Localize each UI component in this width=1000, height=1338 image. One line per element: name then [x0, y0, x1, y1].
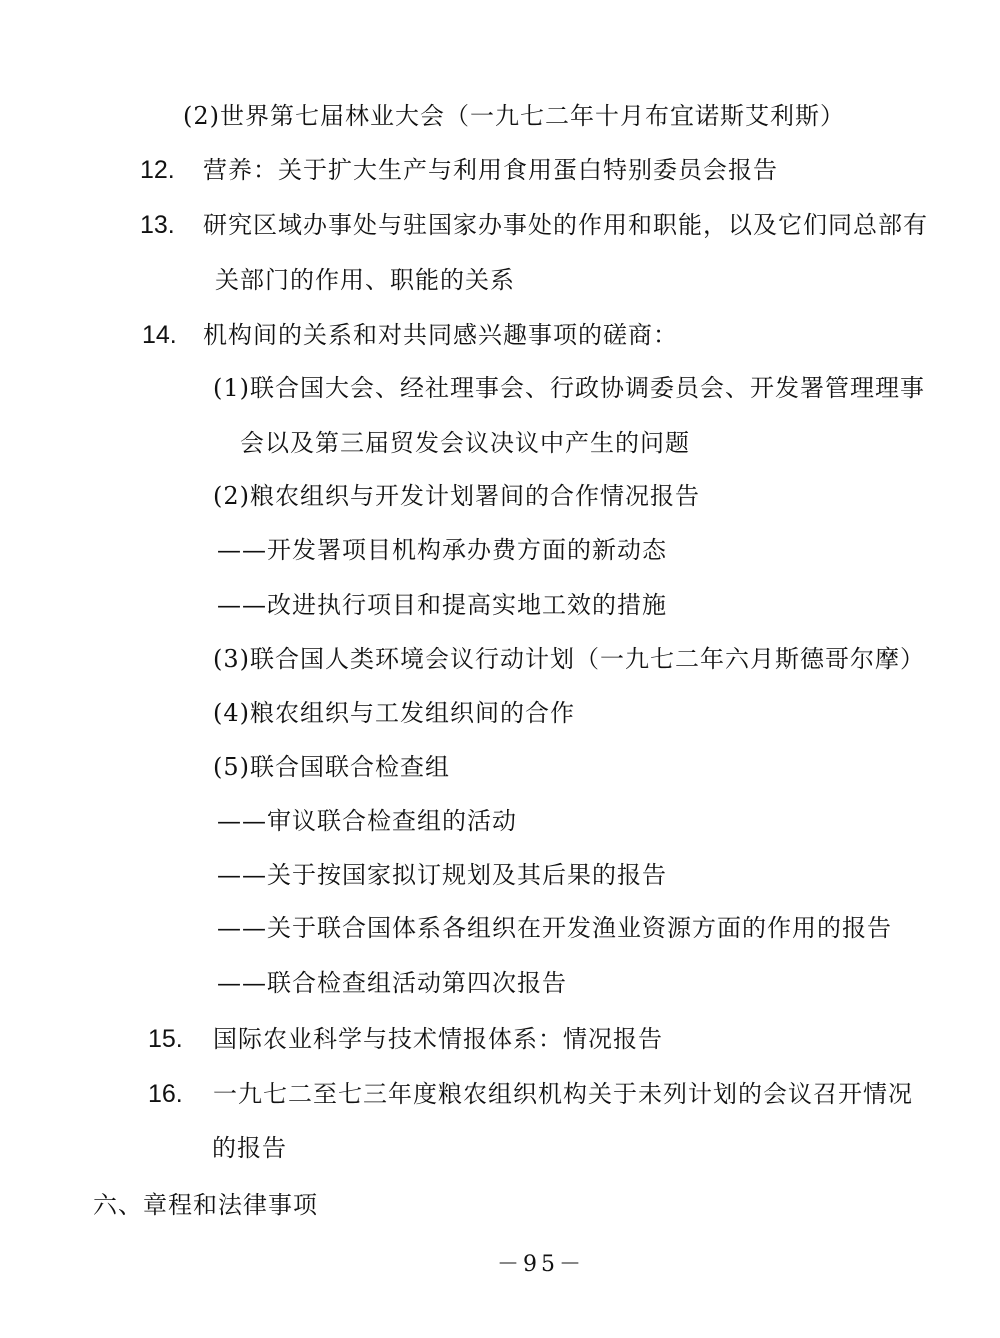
- sub-item-14-2-dash-1: ——开发署项目机构承办费方面的新动态: [217, 535, 667, 565]
- section-six-heading: 六、章程和法律事项: [93, 1190, 318, 1220]
- item-16-meetings-report: 一九七二至七三年度粮农组织机构关于未列计划的会议召开情况: [213, 1079, 913, 1109]
- item-13-continuation: 关部门的作用、职能的关系: [215, 265, 515, 295]
- sub-item-2-forestry-congress: (2)世界第七届林业大会（一九七二年十月布宜诺斯艾利斯）: [183, 101, 845, 131]
- item-number-12: 12.: [140, 155, 175, 185]
- sub-item-14-2-dash-2: ——改进执行项目和提高实地工效的措施: [217, 590, 667, 620]
- document-page: (2)世界第七届林业大会（一九七二年十月布宜诺斯艾利斯） 12. 营养：关于扩大…: [0, 0, 1000, 1338]
- item-12-nutrition: 营养：关于扩大生产与利用食用蛋白特别委员会报告: [203, 155, 778, 185]
- item-14-inter-agency: 机构间的关系和对共同感兴趣事项的磋商：: [203, 320, 678, 350]
- item-number-13: 13.: [140, 210, 175, 240]
- sub-item-14-1: (1)联合国大会、经社理事会、行政协调委员会、开发署管理理事: [213, 373, 925, 403]
- sub-item-14-5-dash-2: ——关于按国家拟订规划及其后果的报告: [217, 860, 667, 890]
- sub-item-14-5-dash-4: ——联合检查组活动第四次报告: [217, 968, 567, 998]
- item-number-14: 14.: [142, 320, 177, 350]
- item-number-16: 16.: [148, 1079, 183, 1109]
- item-13-regional-offices: 研究区域办事处与驻国家办事处的作用和职能，以及它们同总部有: [203, 210, 928, 240]
- sub-item-14-4: (4)粮农组织与工发组织间的合作: [213, 698, 575, 728]
- sub-item-14-1-continuation: 会以及第三届贸发会议决议中产生的问题: [240, 428, 690, 458]
- sub-item-14-5-dash-3: ——关于联合国体系各组织在开发渔业资源方面的作用的报告: [217, 913, 892, 943]
- page-number: －95－: [497, 1250, 585, 1280]
- sub-item-14-3: (3)联合国人类环境会议行动计划（一九七二年六月斯德哥尔摩）: [213, 644, 925, 674]
- item-16-continuation: 的报告: [212, 1133, 287, 1163]
- sub-item-14-5-dash-1: ——审议联合检查组的活动: [217, 806, 517, 836]
- sub-item-14-2: (2)粮农组织与开发计划署间的合作情况报告: [213, 481, 700, 511]
- sub-item-14-5: (5)联合国联合检查组: [213, 752, 450, 782]
- item-15-information-system: 国际农业科学与技术情报体系：情况报告: [213, 1024, 663, 1054]
- item-number-15: 15.: [148, 1024, 183, 1054]
